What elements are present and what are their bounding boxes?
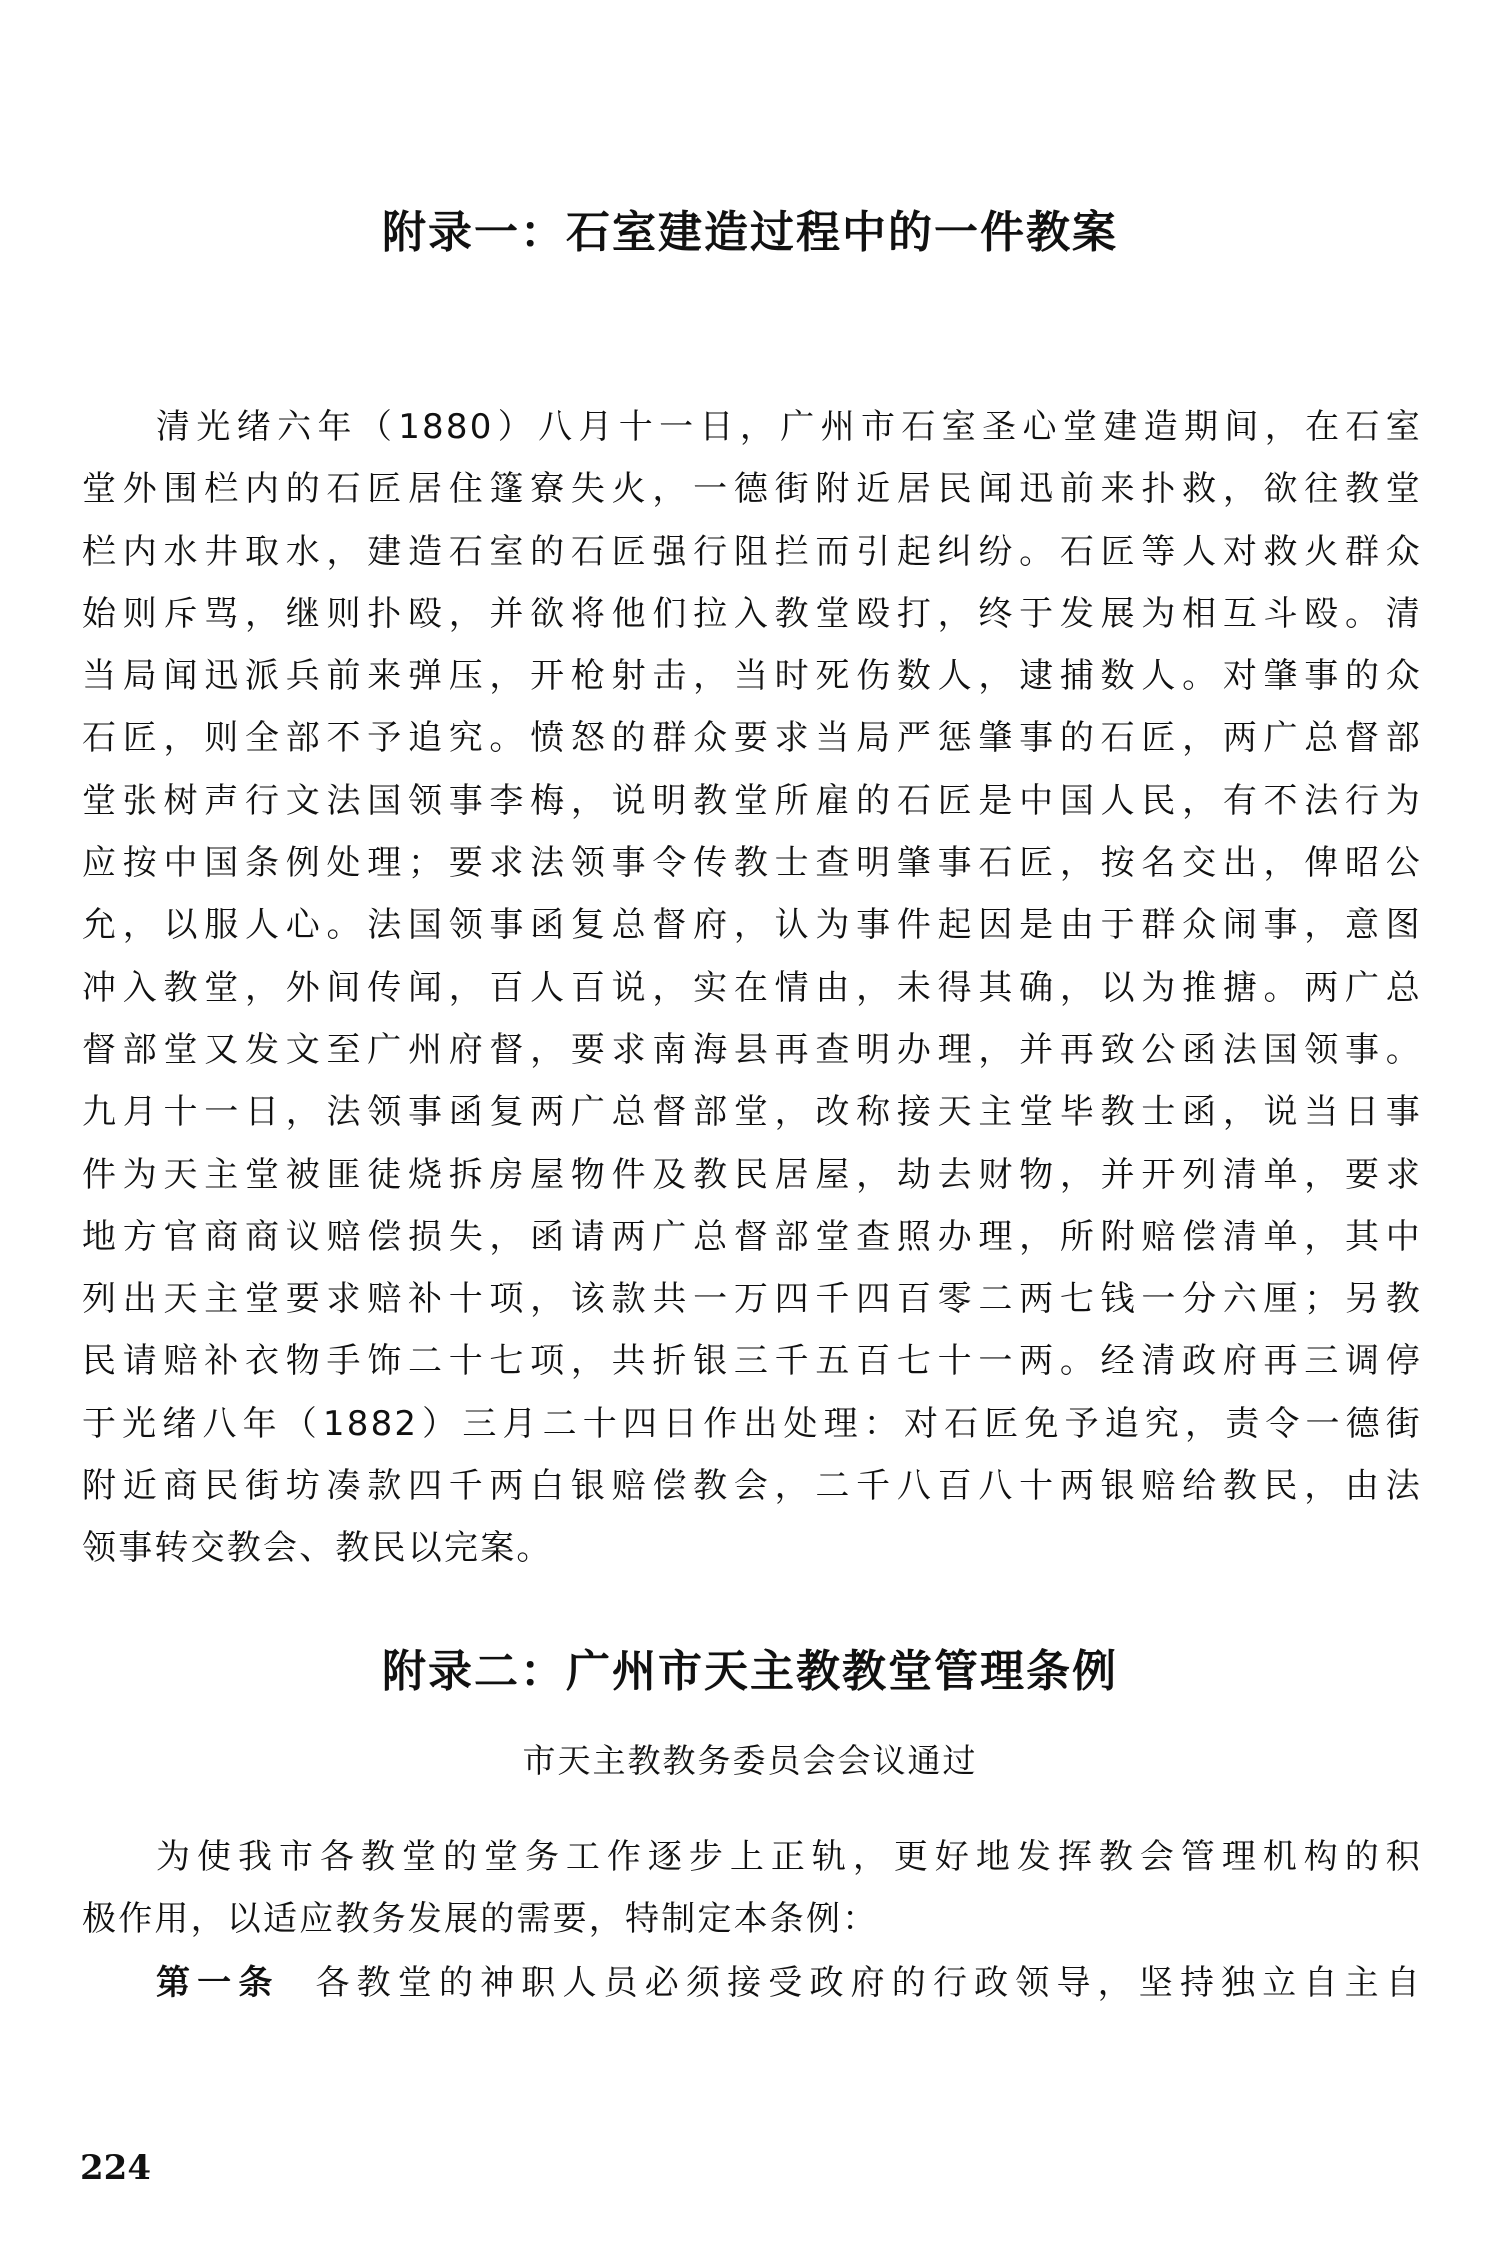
appendix-2-subtitle: 市天主教教务委员会会议通过 [0, 1735, 1500, 1782]
article-label: 第一条 [156, 1963, 280, 2003]
body-line: 九月十一日，法领事函复两广总督部堂，改称接天主堂毕教士函，说当日事 [82, 1081, 1422, 1143]
appendix-1-title: 附录一：石室建造过程中的一件教案 [0, 196, 1500, 260]
body-line: 石匠，则全部不予追究。愤怒的群众要求当局严惩肇事的石匠，两广总督部 [82, 707, 1422, 769]
body-line: 允，以服人心。法国领事函复总督府，认为事件起因是由于群众闹事，意图 [82, 894, 1422, 956]
body-line: 栏内水井取水，建造石室的石匠强行阻拦而引起纠纷。石匠等人对救火群众 [82, 521, 1422, 583]
body-line: 应按中国条例处理；要求法领事令传教士查明肇事石匠，按名交出，俾昭公 [82, 832, 1422, 894]
body-line: 当局闻迅派兵前来弹压，开枪射击，当时死伤数人，逮捕数人。对肇事的众 [82, 645, 1422, 707]
appendix-2-title: 附录二：广州市天主教教堂管理条例 [0, 1635, 1500, 1699]
body-line: 督部堂又发文至广州府督，要求南海县再查明办理，并再致公函法国领事。 [82, 1019, 1422, 1081]
body-line: 堂外围栏内的石匠居住篷寮失火，一德街附近居民闻迅前来扑救，欲往教堂 [82, 458, 1422, 520]
article-1-line: 第一条 各教堂的神职人员必须接受政府的行政领导，坚持独立自主自 [82, 1952, 1422, 2014]
appendix-2-preamble: 为使我市各教堂的堂务工作逐步上正轨，更好地发挥教会管理机构的积 极作用，以适应教… [82, 1826, 1422, 1951]
body-line: 为使我市各教堂的堂务工作逐步上正轨，更好地发挥教会管理机构的积 [82, 1826, 1422, 1888]
body-line: 清光绪六年（1880）八月十一日，广州市石室圣心堂建造期间，在石室 [82, 396, 1422, 458]
page-number: 224 [80, 2148, 151, 2188]
body-line: 极作用，以适应教务发展的需要，特制定本条例： [82, 1888, 1422, 1950]
body-line: 附近商民街坊凑款四千两白银赔偿教会，二千八百八十两银赔给教民，由法 [82, 1455, 1422, 1517]
book-page: 附录一：石室建造过程中的一件教案 清光绪六年（1880）八月十一日，广州市石室圣… [0, 0, 1500, 2256]
body-line: 领事转交教会、教民以完案。 [82, 1517, 1422, 1579]
body-line: 列出天主堂要求赔补十项，该款共一万四千四百零二两七钱一分六厘；另教 [82, 1268, 1422, 1330]
body-line: 冲入教堂，外间传闻，百人百说，实在情由，未得其确，以为推搪。两广总 [82, 957, 1422, 1019]
body-line: 堂张树声行文法国领事李梅，说明教堂所雇的石匠是中国人民，有不法行为 [82, 770, 1422, 832]
appendix-1-body: 清光绪六年（1880）八月十一日，广州市石室圣心堂建造期间，在石室 堂外围栏内的… [82, 396, 1422, 1580]
article-1: 第一条 各教堂的神职人员必须接受政府的行政领导，坚持独立自主自 [82, 1952, 1422, 2014]
body-line: 民请赔补衣物手饰二十七项，共折银三千五百七十一两。经清政府再三调停 [82, 1330, 1422, 1392]
body-line: 地方官商商议赔偿损失，函请两广总督部堂查照办理，所附赔偿清单，其中 [82, 1206, 1422, 1268]
body-line: 件为天主堂被匪徒烧拆房屋物件及教民居屋，劫去财物，并开列清单，要求 [82, 1144, 1422, 1206]
body-line: 于光绪八年（1882）三月二十四日作出处理：对石匠免予追究，责令一德街 [82, 1393, 1422, 1455]
body-line: 始则斥骂，继则扑殴，并欲将他们拉入教堂殴打，终于发展为相互斗殴。清 [82, 583, 1422, 645]
article-text: 各教堂的神职人员必须接受政府的行政领导，坚持独立自主自 [315, 1963, 1422, 2003]
